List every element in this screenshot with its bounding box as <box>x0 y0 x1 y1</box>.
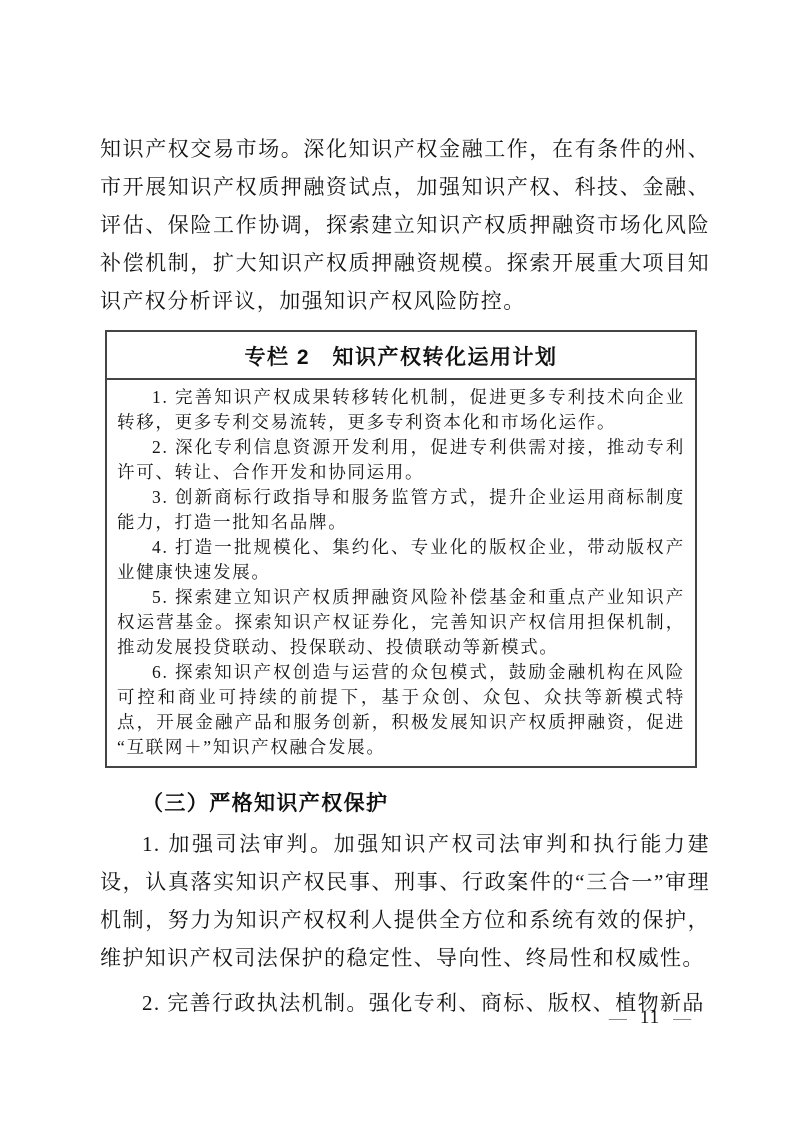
box-item: 4. 打造一批规模化、集约化、专业化的版权企业，带动版权产业健康快速发展。 <box>117 535 685 585</box>
box-item: 2. 深化专利信息资源开发利用，促进专利供需对接，推动专利许可、转让、合作开发和… <box>117 435 685 485</box>
box-item: 3. 创新商标行政指导和服务监管方式，提升企业运用商标制度能力，打造一批知名品牌… <box>117 485 685 535</box>
paragraph-judicial-trial: 1. 加强司法审判。加强知识产权司法审判和执行能力建设，认真落实知识产权民事、刑… <box>100 825 710 977</box>
highlight-box: 专栏 2 知识产权转化运用计划 1. 完善知识产权成果转移转化机制，促进更多专利… <box>105 330 697 768</box>
box-item: 6. 探索知识产权创造与运营的众包模式，鼓励金融机构在风险可控和商业可持续的前提… <box>117 660 685 760</box>
box-item: 1. 完善知识产权成果转移转化机制，促进更多专利技术向企业转移，更多专利交易流转… <box>117 385 685 435</box>
page-content: 知识产权交易市场。深化知识产权金融工作，在有条件的州、市开展知识产权质押融资试点… <box>100 130 710 1022</box>
box-item: 5. 探索建立知识产权质押融资风险补偿基金和重点产业知识产权运营基金。探索知识产… <box>117 585 685 660</box>
page-number: 11 <box>640 1005 660 1031</box>
footer-left-dash: — <box>609 1005 627 1031</box>
footer-right-dash: — <box>673 1005 691 1031</box>
highlight-box-title: 专栏 2 知识产权转化运用计划 <box>107 332 695 380</box>
page-footer: — 11 — <box>600 1005 700 1031</box>
document-page: 知识产权交易市场。深化知识产权金融工作，在有条件的州、市开展知识产权质押融资试点… <box>0 0 800 1131</box>
intro-paragraph: 知识产权交易市场。深化知识产权金融工作，在有条件的州、市开展知识产权质押融资试点… <box>100 130 710 320</box>
highlight-box-body: 1. 完善知识产权成果转移转化机制，促进更多专利技术向企业转移，更多专利交易流转… <box>107 380 695 766</box>
section-heading: （三）严格知识产权保护 <box>100 784 710 822</box>
